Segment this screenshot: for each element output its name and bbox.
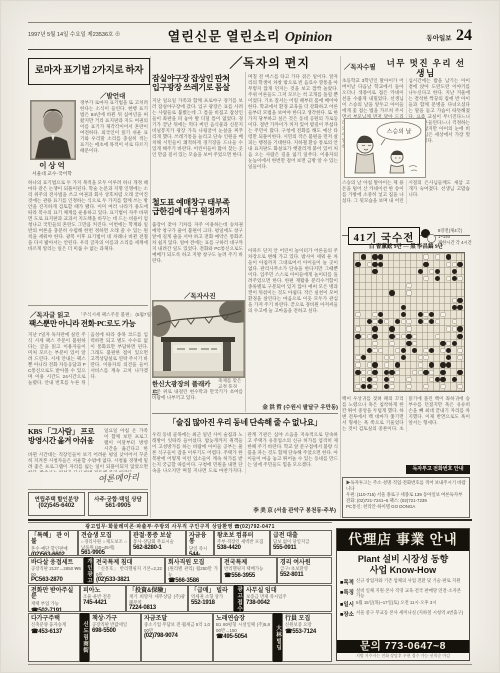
go-stone-black: [367, 377, 372, 382]
go-stone-black: [372, 370, 377, 375]
reader-photo: [152, 300, 245, 378]
campus-gate-image: [153, 301, 244, 377]
go-stone-black: [457, 334, 462, 339]
agency-ad: 代理店 事業 안내 Plant 설비 시장성 동향 사업 Know-How ■목…: [336, 528, 470, 661]
letters-b-headline: 철도표 예매창구 태부족 급한김에 대구 원정까지: [152, 198, 243, 217]
speech-headline: 로마자 표기법 2가지로 하자: [35, 66, 143, 77]
go-stone-white: [423, 384, 428, 389]
go-stone-white: [389, 341, 394, 346]
classified-ad: 다가구주택 신축분양 융자승계 ☎453-6137: [28, 613, 80, 662]
go-board: [353, 252, 465, 392]
go-stone-white: [395, 370, 400, 375]
essay-body-2: 스승의 날 아침 딸아이는 제 용돈을 털어 산 카네이션 한 송이를 가방에 …: [342, 180, 470, 218]
go-stone-white: [361, 377, 366, 382]
baduk-commentary: 백이 우상귀를 젖혀 패의 꼬리를 노렸으나 흑은 침착하게 한 칸 뛰어 중앙…: [342, 396, 470, 460]
go-stone-black: [389, 326, 394, 331]
mini-ad-1-title: 연립주택 할인분양: [29, 495, 84, 503]
go-stone-white: [440, 312, 445, 317]
classified-ad: 「특혜」 관 이 불 혼수·예단 할인판매 (02)563-6602: [28, 530, 78, 556]
go-stone-black: [372, 334, 377, 339]
go-stone-black: [372, 269, 377, 274]
go-stone-white: [452, 262, 457, 267]
go-stone-black: [389, 290, 394, 295]
agency-ad-footnote: 지방 거주자는 전화 상담후 우편 접수 가능·선착순 마감: [337, 653, 469, 659]
go-stone-black: [401, 305, 406, 310]
kbs-headline-2: 방영시간 옮겨 아쉬움: [28, 437, 102, 446]
newspaper-page: 1997년 5월 14일 수요일 제23536호 ⊕ 열린신문 열린소리 Opi…: [0, 0, 500, 673]
mini-ad-2: 사주·궁합·택일 상담 561-9905: [88, 492, 148, 516]
go-stone-black: [378, 254, 383, 259]
go-stone-black: [429, 312, 434, 317]
go-stone-white: [406, 290, 411, 295]
speech-body-2: 하나의 표기법으로 두 가지 목적을 모두 이루려 하니 개정 때마다 같은 논…: [28, 180, 148, 302]
go-stone-black: [372, 362, 377, 367]
go-stone-black: [457, 262, 462, 267]
agency-ad-b bullet: ■일시 5월 15일(목)~17일(토) 오전 11시·오후 3시: [337, 600, 469, 608]
agency-ad-header: 代理店 事業 안내: [337, 529, 469, 551]
speech-headline-box: 로마자 표기법 2가지로 하자: [28, 58, 150, 85]
go-stone-white: [395, 348, 400, 353]
go-stone-black: [355, 370, 360, 375]
go-stone-white: [429, 377, 434, 382]
go-stone-white: [355, 355, 360, 360]
go-stone-black: [452, 377, 457, 382]
go-stone-black: [429, 362, 434, 367]
go-stone-white: [367, 262, 372, 267]
classified-ad: 「급매」 빌라 역세권 소형 상가 552-1918: [188, 585, 234, 612]
classified-ad: 왕초보 컴퓨터 주부·직장인 새벽반 모집 538-4420: [214, 530, 270, 556]
go-stone-white: [361, 370, 366, 375]
classified-ad: 자금융통 당일 즉시 544-2200: [186, 530, 214, 556]
review-body: 지난 7일자 독자란에 실린 주식 시세 팩스 주문이 불편하다는 글을 읽고 …: [28, 332, 148, 422]
go-stone-black: [372, 262, 377, 267]
go-stone-black: [435, 276, 440, 281]
notice-line-1: ▶독자투고는 주소·성명·직업·전화번호를 적어 보내주시기 바랍니다: [346, 480, 466, 492]
speech-label: ／발언대: [100, 91, 125, 100]
classified-vbar: 大林빌딩: [273, 613, 282, 662]
go-stone-white: [372, 377, 377, 382]
column-rule-left: [150, 56, 151, 518]
agency-ad-line2: 사업 Know-How: [337, 565, 469, 576]
go-stone-white: [384, 355, 389, 360]
go-stone-white: [372, 312, 377, 317]
go-stone-black: [429, 319, 434, 324]
author-photo: [30, 100, 76, 160]
go-stone-black: [389, 370, 394, 375]
go-stone-white: [423, 254, 428, 259]
photo-label: ／독자사진: [184, 291, 216, 300]
go-stone-black: [446, 362, 451, 367]
go-stone-white: [457, 355, 462, 360]
paper-name: 동아일보: [426, 35, 451, 42]
go-stone-black: [367, 384, 372, 389]
go-stone-black: [372, 254, 377, 259]
letters-byline-b: 李 美 京 (서울 관악구 봉천동·주부): [200, 506, 336, 514]
classified-ad: 전국특제 반리헬핑지 택배가능 ☎556-3955: [221, 557, 277, 584]
go-stone-white: [423, 312, 428, 317]
go-stone-white: [418, 370, 423, 375]
notice-line-4: PC통신: 천리안·하이텔 GO DONGA: [346, 504, 466, 510]
go-stone-white: [384, 319, 389, 324]
mini-ads-divider: [28, 489, 148, 490]
classified-ad: 바다살 응접세트 공장직판 2137→2850 ₩600 PC563-2870: [28, 557, 84, 584]
go-stone-black: [406, 341, 411, 346]
classified-ad: 노래연습장 B1 80평형 시설일체 (주)5,800만→150 ☎495-50…: [213, 613, 273, 662]
essay-label: ／독자수필: [344, 62, 376, 71]
go-stone-white: [457, 384, 462, 389]
go-stone-white: [389, 384, 394, 389]
go-stone-white: [452, 319, 457, 324]
go-stone-white: [378, 348, 383, 353]
go-stone-black: [440, 341, 445, 346]
go-stone-white: [429, 370, 434, 375]
classified-vbar: 신도림商街: [80, 613, 89, 662]
letters-cont-1: 며칠 전 버스를 타고 가다 겪은 일이다. 앞자리의 학생이 차창 밖으로 빈…: [248, 74, 338, 246]
go-stone-black: [367, 348, 372, 353]
go-stone-white: [355, 312, 360, 317]
photo-note: 교문 위로 내걸린 현수막과 만국기가 초여름 바람에 나부끼고 있다.: [152, 389, 243, 402]
go-stone-black: [401, 312, 406, 317]
classified-ad: 책상·가구 공장직판 반값세일 698-5500: [89, 613, 141, 662]
go-stone-white: [452, 326, 457, 331]
quote-divider: [152, 413, 338, 414]
page-bottom-rule: [28, 664, 472, 665]
letters-a-headline: 잠실야구장 잡상인 판쳐 입구광장 쓰레기로 몸살: [152, 74, 243, 93]
go-stone-black: [401, 348, 406, 353]
letters-cont-2: 아파트 단지 안 어린이 놀이터가 어른들의 주차장으로 변해 가고 있다. 밤…: [248, 248, 338, 400]
go-stone-black: [457, 370, 462, 375]
go-stone-black: [435, 377, 440, 382]
go-stone-white: [406, 377, 411, 382]
go-stone-white: [367, 334, 372, 339]
quote-body: 우리 동네 골목에는 최근 일년 사이 술집과 노래방이 잇따라 들어섰다. 밤…: [152, 432, 338, 504]
go-stone-white: [457, 276, 462, 281]
go-stone-white: [401, 319, 406, 324]
masthead-script-title: Opinion: [285, 30, 332, 45]
masthead-bottom-rule: [28, 49, 472, 50]
go-stone-white: [418, 362, 423, 367]
letters-section-title: ╱독자의 편지: [200, 56, 340, 70]
go-stone-white: [372, 319, 377, 324]
classified-ad: 사무실 임대 보증금 면제 즉시입주 738-0042: [243, 585, 332, 612]
go-stone-black: [389, 334, 394, 339]
go-stone-black: [429, 348, 434, 353]
mini-ad-2-tel: 561-9905: [89, 503, 147, 509]
column-signature: 여론메아리: [98, 471, 140, 485]
go-stone-white: [440, 348, 445, 353]
go-stone-black: [355, 334, 360, 339]
go-stone-white: [355, 326, 360, 331]
go-stone-black: [361, 384, 366, 389]
mini-ad-1: 연립주택 할인분양 (02)545-6402: [28, 492, 85, 516]
go-stone-black: [452, 305, 457, 310]
go-stone-white: [418, 355, 423, 360]
quote-headline: 「술집 많아진 우리 동네 단속해 줄 수 없나요」: [152, 418, 338, 427]
go-stone-black: [412, 348, 417, 353]
agency-ad-bullet: ■목적 신규 창업자와 기존 업체의 사업 전환 및 기술·판로 지원: [337, 578, 469, 586]
go-stone-black: [384, 384, 389, 389]
go-stone-white: [372, 384, 377, 389]
letters-inner-rule: [245, 72, 246, 412]
go-stone-white: [446, 326, 451, 331]
go-stone-white: [423, 348, 428, 353]
author-name: 이 상 억: [30, 160, 74, 170]
kbs-headline: KBS 「그사람」 프로 방영시간 옮겨 아쉬움: [28, 428, 102, 446]
go-stone-black: [452, 269, 457, 274]
go-stone-white: [412, 334, 417, 339]
classified-ad: 견습생 모집 ○경리사원 ○제도보조 ○납품원 (40~45세) 561-990…: [78, 530, 130, 556]
masthead-title: 열린신문 열린소리: [168, 29, 281, 44]
go-stone-white: [395, 334, 400, 339]
kbs-body-side: 일요일 아침 온 가족이 함께 보던 프로그램이 이달부터 방영 시간을 옮긴다…: [104, 428, 148, 452]
classified-ad: 전화만 받아주실 분 재택 부업 가능 ☎502-7191: [28, 585, 80, 612]
kbs-body-bottom: 바뀐 시간대는 직장인들이 보기 어려운 평일 낮이어서 꾸준히 지켜본 시청자…: [28, 452, 148, 472]
go-stone-black: [395, 362, 400, 367]
go-stone-white: [412, 370, 417, 375]
go-stone-black: [435, 269, 440, 274]
go-stone-white: [435, 319, 440, 324]
classified-ad: 전국특제 침대 「신흥호」 반리헬핑지 기본=2,220원 (02)533-38…: [93, 557, 165, 584]
classified-ad: 行員 모집 신원보증 요망 ☎553-7124: [282, 613, 332, 662]
go-stone-white: [452, 298, 457, 303]
classified-ad: 급전 대출 담보 없이 당일지급 555-0911: [270, 530, 332, 556]
go-stone-white: [457, 348, 462, 353]
masthead-paper-group: 동아일보 24: [408, 27, 472, 45]
go-stone-black: [384, 370, 389, 375]
go-stone-white: [389, 377, 394, 382]
go-stone-black: [384, 377, 389, 382]
go-stone-white: [355, 384, 360, 389]
go-stone-black: [446, 348, 451, 353]
go-stone-black: [418, 312, 423, 317]
go-stone-black: [457, 298, 462, 303]
review-headline: 팩스뿐만 아니라 전화·PC로도 가능: [29, 320, 136, 329]
go-stone-black: [372, 326, 377, 331]
go-stone-white: [423, 276, 428, 281]
go-stone-black: [367, 319, 372, 324]
go-stone-black: [452, 276, 457, 281]
masthead-date: 1997년 5월 14일 수요일 제23536호 ⊕: [28, 30, 120, 38]
baduk-round-info: 8강전(제4국) 1~140: [438, 228, 472, 240]
letters-byline-a: 金 洪 哲 (수원시 팔달구 우만동): [248, 403, 338, 411]
classified-ad: 관절·통증 보살 봉사·상담회 무료시술 562-8280-1: [130, 530, 186, 556]
go-stone-white: [361, 334, 366, 339]
go-stone-white: [406, 384, 411, 389]
agency-ad-phone: 문의 773-0647~8: [337, 640, 469, 653]
cartoon-bubble-text: 스승의 날: [387, 128, 412, 136]
baduk-players: 白 曺薰鉉 9단 ― 黑 李昌鎬 9단: [342, 242, 470, 250]
go-stone-black: [423, 262, 428, 267]
go-stone-white: [446, 262, 451, 267]
go-stone-black: [457, 305, 462, 310]
go-stone-black: [418, 269, 423, 274]
cartoon-illustration: 스승의 날: [344, 118, 426, 178]
go-stone-white: [446, 341, 451, 346]
essay-headline: 너무 멋진 우리 선생님: [382, 58, 470, 78]
go-stone-black: [440, 362, 445, 367]
go-stone-white: [406, 283, 411, 288]
go-stone-white: [440, 384, 445, 389]
go-stone-black: [395, 319, 400, 324]
notice-box: ▶독자투고는 주소·성명·직업·전화번호를 적어 보내주시기 바랍니다 우편: …: [342, 477, 470, 518]
go-stone-white: [435, 254, 440, 259]
go-stone-black: [457, 326, 462, 331]
go-stone-white: [367, 362, 372, 367]
go-stone-white: [372, 348, 377, 353]
mini-ad-1-tel: (02)545-6402: [29, 503, 84, 509]
go-stone-black: [355, 262, 360, 267]
classified-ad: 경리 여사원 급구! 초보환영 552-8011: [277, 557, 332, 584]
teacher-cartoon-image: 스승의 날: [345, 119, 425, 177]
speech-body-1: 정부가 로마자 표기법을 또 고치려 한다는 소식이 들린다. 현행 표기법은 …: [80, 100, 148, 176]
classified-vbar: 개인광고: [84, 557, 93, 584]
masthead-title-group: 열린신문 열린소리 Opinion: [140, 26, 360, 46]
go-stone-black: [361, 355, 366, 360]
go-stone-black: [361, 254, 366, 259]
go-stone-black: [423, 370, 428, 375]
masthead-top-rule: [28, 22, 472, 23]
classified-ad: 자금조달 중소기업 무담보 전·월세금 5억 1,000만 (02)798-90…: [141, 613, 213, 662]
go-stone-black: [401, 355, 406, 360]
agency-ad-bullet: ■특징 설비 일체 지원·본사 직영 교육·전국 판매망 연결·소자본 가능: [337, 588, 469, 599]
go-stone-black: [452, 341, 457, 346]
go-stone-black: [406, 334, 411, 339]
go-stone-white: [401, 334, 406, 339]
go-stone-white: [389, 355, 394, 360]
go-stone-white: [412, 341, 417, 346]
go-stone-white: [423, 319, 428, 324]
review-label: ／독자글 읽고: [30, 310, 70, 319]
go-stone-white: [384, 362, 389, 367]
ads-section-rule: [28, 519, 472, 521]
agency-ad-line1: Plant 설비 시장성 동향: [337, 554, 469, 565]
letters-b-body: 출장이 잦아 기차를 자주 이용하는데 승차권 예약 창구가 줄어 불편이 크다…: [152, 222, 243, 288]
go-stone-white: [446, 276, 451, 281]
review-context: 「주식시세 팩스주문 불편」 (5월7일자): [78, 312, 157, 318]
go-stone-black: [378, 319, 383, 324]
go-board-stones: [354, 253, 464, 391]
go-stone-black: [418, 319, 423, 324]
go-stone-white: [406, 326, 411, 331]
agency-ad-bullet: ■장소 서울 중구 무교동 본사 세미나실 (지하철 시청역 4번출구): [337, 610, 469, 618]
column-rule-right: [340, 56, 341, 518]
go-stone-black: [378, 312, 383, 317]
go-stone-black: [446, 254, 451, 259]
go-stone-black: [440, 377, 445, 382]
go-stone-white: [367, 370, 372, 375]
classified-ad: 회사직원 모집 (원리별 관리) 월250만 가능 ☎566-3586: [165, 557, 221, 584]
go-stone-black: [446, 355, 451, 360]
classified-ad: 피아노 조율·운반 전문 745-4421: [80, 585, 126, 612]
kbs-divider: [28, 424, 148, 425]
go-stone-white: [406, 319, 411, 324]
photo-caption-side: 축제를 맞은 교정 풍경: [218, 378, 244, 388]
classified-ad: 「投資&保險」 재기 희망자 세무상담 (주)광폐무역 7224-0813: [126, 585, 188, 612]
review-divider: [28, 305, 148, 306]
mini-ad-2-title: 사주·궁합·택일 상담: [89, 495, 147, 503]
classified-vbar: 광고접수: [234, 585, 243, 612]
go-stone-white: [355, 362, 360, 367]
go-stone-black: [440, 370, 445, 375]
go-stone-white: [429, 269, 434, 274]
notice-line-2: 우편: (110-715) 서울 종로구 세종로 139 동아일보 여론독자부: [346, 492, 466, 498]
notice-badge: 독자투고 전화번호 안내: [406, 465, 470, 474]
letters-a-body: 지난 일요일 가족과 함께 프로야구 경기를 보러 잠실야구장에 갔다. 입구 …: [152, 98, 243, 194]
go-stone-white: [372, 341, 377, 346]
page-number: 24: [456, 27, 472, 44]
go-stone-white: [423, 355, 428, 360]
author-portrait-image: [31, 101, 75, 159]
go-stone-black: [378, 262, 383, 267]
author-title: 서울대 교수·국어학: [26, 170, 78, 177]
go-stone-white: [435, 334, 440, 339]
